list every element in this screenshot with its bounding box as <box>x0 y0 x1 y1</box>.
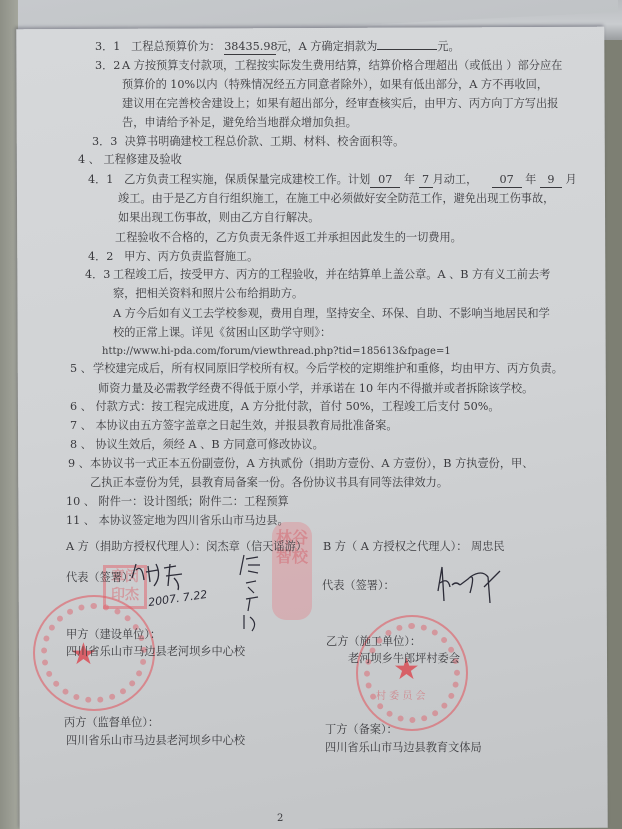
handwriting-signature-icon <box>430 563 505 608</box>
clause-text: 本协议由五方签字盖章之日起生效，并报县教育局批准备案。 <box>95 419 397 432</box>
clause-10: 10 、 附件一：设计图纸；附件二：工程预算 <box>66 493 289 511</box>
clause-7: 7 、 本协议由五方签字盖章之日起生效，并报县教育局批准备案。 <box>70 417 398 435</box>
page-number: 2 <box>277 810 283 828</box>
clause-number: 3．1 <box>95 40 120 53</box>
end-month: 9 <box>540 173 562 188</box>
budget-value: 38435.98 <box>224 40 276 55</box>
clause-text: 甲方、丙方负责监督施工。 <box>124 250 258 263</box>
document-text: 3．1 工程总预算价为： 38435.98元，A 方确定捐款为元。 3．2 A … <box>0 0 622 829</box>
clause-5-line: 师资力量及必需教学经费不得低于原小学，并承诺在 10 年内不得撤并或者拆除该学校… <box>98 380 533 398</box>
handwriting-signature-icon <box>128 560 198 590</box>
clause-text: 附件一：设计图纸；附件二：工程预算 <box>99 495 289 508</box>
jia-label: 甲方（建设单位）： <box>66 626 161 644</box>
clause-number: 4．1 <box>88 173 113 186</box>
bing-value: 四川省乐山市马边县老河坝乡中心校 <box>66 732 245 750</box>
year-label: 年 <box>404 173 415 186</box>
clause-text: 决算书明确建校工程总价款、工期、材料、校舍面积等。 <box>125 135 405 148</box>
clause-number: 4．2 <box>88 250 113 263</box>
clause-3-2-line: 告，申请给予补足，避免给当地群众增加负担。 <box>122 114 357 132</box>
clause-9-line: 本协议书一式正本五份副壹份，A 方执贰份（捐助方壹份、A 方壹份），B 方执壹份… <box>90 455 533 473</box>
clause-9-line: 乙执正本壹份为凭，县教育局备案一份。各份协议书具有同等法律效力。 <box>90 474 448 492</box>
party-a-label: A 方（捐助方授权代理人）：闵杰章（信天谣游） <box>66 538 307 556</box>
guidelines-link[interactable]: http://www.hi-pda.com/forum/viewthread.p… <box>102 343 451 361</box>
clause-9-number: 9 、 <box>68 455 90 473</box>
clause-3-2-line: A 方按预算支付款项，工程按实际发生费用结算，结算价格合理超出（或低出 ）部分应… <box>122 57 562 75</box>
clause-4-1: 4．1 乙方负责工程实施，保质保量完成建校工作。计划07 年 7月动工， 07 … <box>88 171 577 189</box>
clause-3-2-line: 预算价的 10%以内（特殊情况经五方同意者除外），如果有低出部分，A 方不再收回… <box>122 76 548 94</box>
section-title: 工程修建及验收 <box>103 153 181 166</box>
yi-label: 乙方（施工单位）： <box>326 633 421 651</box>
signature-xintian <box>238 553 268 637</box>
clause-4-3-line: A 方今后如有义工去学校参观，费用自理，坚持安全、环保、自助、不影响当地居民和学 <box>113 305 550 323</box>
clause-number: 7 、 <box>70 419 92 432</box>
month-label: 月 <box>565 173 576 186</box>
clause-3-3: 3．3 决算书明确建校工程总价款、工期、材料、校舍面积等。 <box>92 133 404 151</box>
yi-value: 老河坝乡牛郎坪村委会 <box>348 650 460 668</box>
clause-text: 月动工， <box>433 173 478 186</box>
start-year: 07 <box>370 173 400 188</box>
handwriting-signature-icon <box>238 553 268 633</box>
clause-text: 付款方式：按工程完成进度，A 方分批付款，首付 50%，工程竣工后支付 50%。 <box>95 400 499 413</box>
clause-4-1-line: 工程验收不合格的，乙方负责无条件返工并承担因此发生的一切费用。 <box>115 229 462 247</box>
clause-4-2: 4．2 甲方、丙方负责监督施工。 <box>88 248 258 266</box>
clause-number: 6 、 <box>70 400 92 413</box>
section-4-heading: 4 、 工程修建及验收 <box>78 151 182 169</box>
clause-4-3-number: 4．3 <box>85 266 110 284</box>
ding-value: 四川省乐山市马边县教育文体局 <box>325 739 482 757</box>
clause-11: 11 、 本协议签定地为四川省乐山市马边县。 <box>66 512 289 530</box>
clause-text: 元。 <box>437 40 459 53</box>
clause-5-line: 学校建完成后，所有权同原旧学校所有权。今后学校的定期维护和重修，均由甲方、丙方负… <box>93 360 563 378</box>
rep-b-label: 代表（签署）： <box>322 577 395 595</box>
clause-5-number: 5 、 <box>70 360 92 378</box>
year-label: 年 <box>525 173 536 186</box>
clause-text: 工程总预算价为： <box>131 40 221 53</box>
clause-3-2-number: 3．2 <box>95 57 120 75</box>
clause-8: 8 、 协议生效后，须经 A 、B 方同意可修改协议。 <box>70 436 324 454</box>
signature-party-a <box>128 560 198 594</box>
clause-4-3-line: 察，把相关资料和照片公布给捐助方。 <box>113 285 303 303</box>
clause-text: 元，A 方确定捐款为 <box>276 40 377 53</box>
signature-party-b <box>430 563 505 612</box>
clause-number: 10 、 <box>66 495 95 508</box>
end-year: 07 <box>492 173 522 188</box>
start-month: 7 <box>419 173 433 188</box>
clause-6: 6 、 付款方式：按工程完成进度，A 方分批付款，首付 50%，工程竣工后支付 … <box>70 398 500 416</box>
clause-3-1: 3．1 工程总预算价为： 38435.98元，A 方确定捐款为元。 <box>95 38 460 56</box>
clause-4-1-line: 竣工。由于是乙方自行组织施工，在施工中必须做好安全防范工作，避免出现工伤事故， <box>118 190 554 208</box>
clause-number: 11 、 <box>66 514 95 527</box>
clause-4-3-line: 校的正常上课。详见《贫困山区助学守则》： <box>113 324 331 342</box>
clause-number: 8 、 <box>70 438 92 451</box>
clause-4-3-line: 工程竣工后，按受甲方、丙方的工程验收，并在结算单上盖公章。A 、B 方有义工前去… <box>113 266 550 284</box>
party-b-label: B 方（ A 方授权之代理人）： 周忠民 <box>323 538 505 556</box>
clause-text: 本协议签定地为四川省乐山市马边县。 <box>99 514 289 527</box>
donation-value <box>377 49 437 50</box>
clause-number: 4 、 <box>78 153 100 166</box>
clause-number: 3．3 <box>92 135 117 148</box>
ding-label: 丁方（备案）： <box>325 721 398 739</box>
clause-3-2-line: 建议用在完善校舍建设上；如果有超出部分，经审查核实后，由甲方、丙方向丁方写出报 <box>122 95 558 113</box>
jia-value: 四川省乐山市马边县老河坝乡中心校 <box>66 643 245 661</box>
clause-4-1-line: 如果出现工伤事故，则由乙方自行解决。 <box>118 209 319 227</box>
clause-text: 协议生效后，须经 A 、B 方同意可修改协议。 <box>95 438 323 451</box>
clause-text: 乙方负责工程实施，保质保量完成建校工作。计划 <box>124 173 370 186</box>
bing-label: 丙方（监督单位）： <box>64 714 159 732</box>
